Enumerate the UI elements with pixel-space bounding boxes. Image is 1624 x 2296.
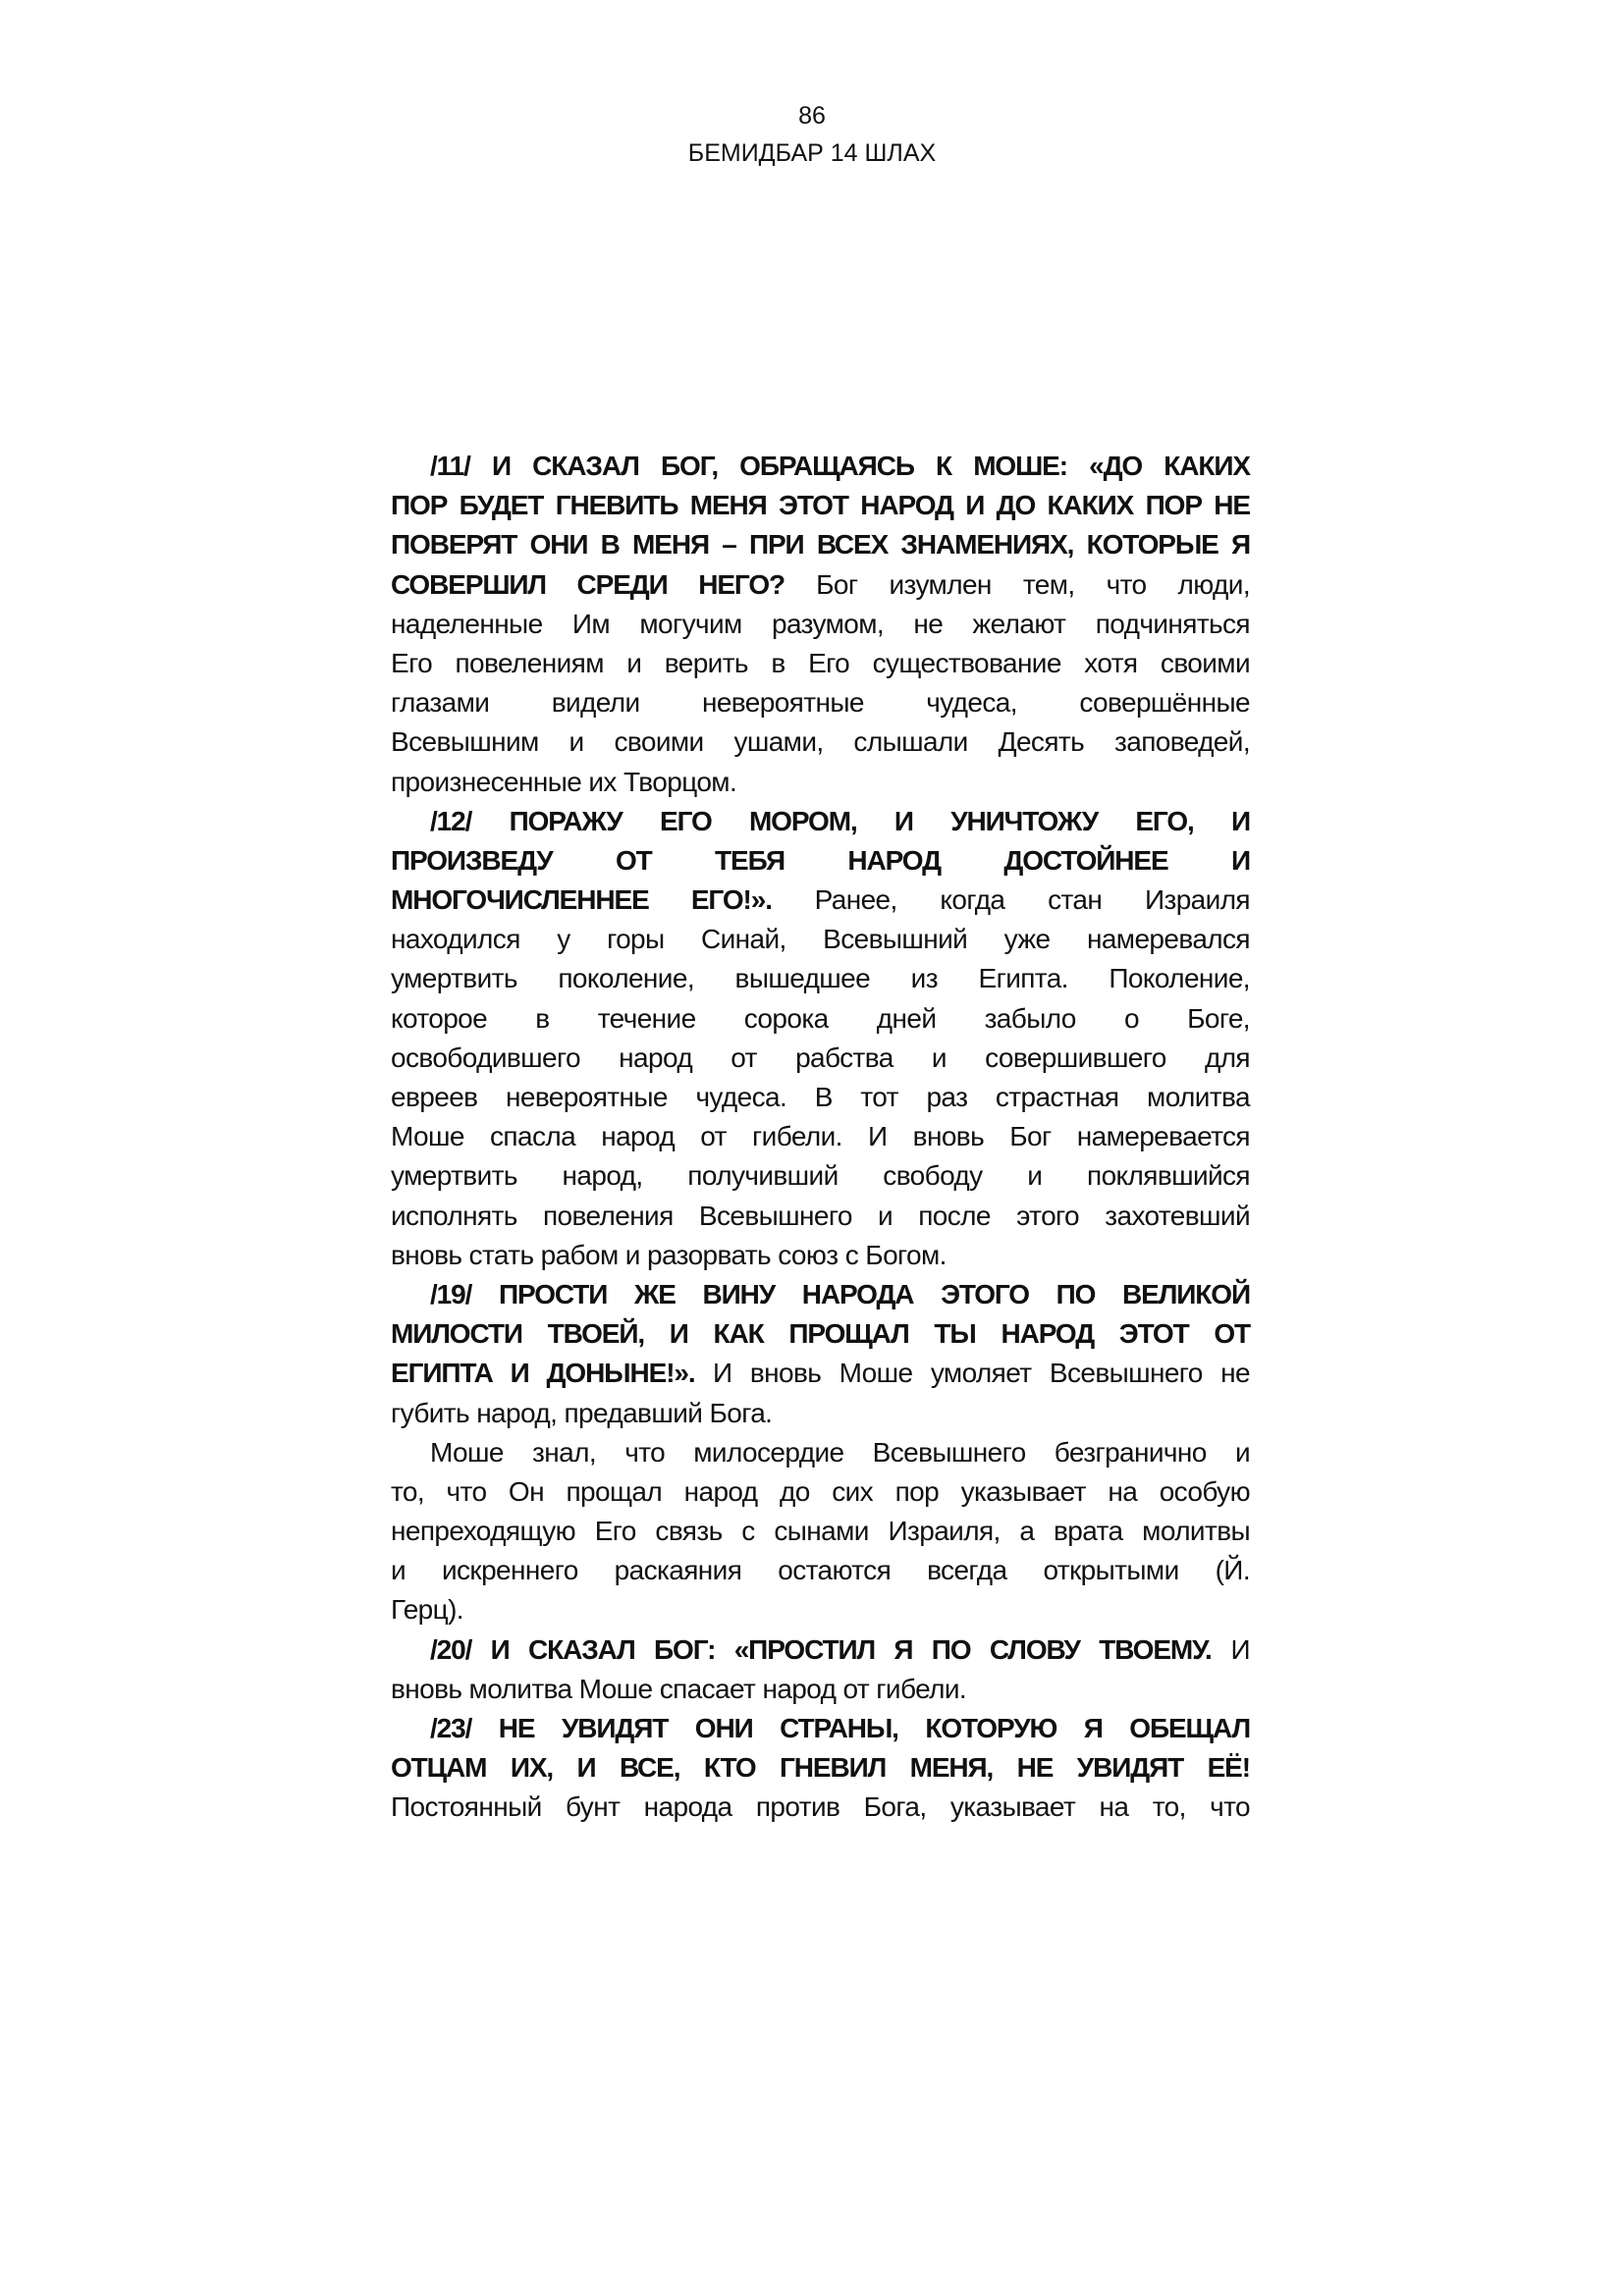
text-line: умертвить народ, получивший свободу и по… (391, 1156, 1250, 1196)
text-line: и искреннего раскаяния остаются всегда о… (391, 1551, 1250, 1590)
text-line: /11/ И СКАЗАЛ БОГ, ОБРАЩАЯСЬ К МОШЕ: «ДО… (391, 447, 1250, 486)
text-line: глазами видели невероятные чудеса, совер… (391, 683, 1250, 722)
commentary-text: и искреннего раскаяния остаются всегда о… (391, 1555, 1250, 1585)
commentary-text: умертвить народ, получивший свободу и по… (391, 1160, 1250, 1191)
body-text: /11/ И СКАЗАЛ БОГ, ОБРАЩАЯСЬ К МОШЕ: «ДО… (391, 447, 1250, 1828)
text-line: /12/ ПОРАЖУ ЕГО МОРОМ, И УНИЧТОЖУ ЕГО, И (391, 802, 1250, 841)
text-line: Герц). (391, 1590, 1250, 1629)
commentary-text: вновь стать рабом и разорвать союз с Бог… (391, 1240, 947, 1270)
text-line: Моше знал, что милосердие Всевышнего без… (391, 1433, 1250, 1472)
verse-quote: ПОВЕРЯТ ОНИ В МЕНЯ – ПРИ ВСЕХ ЗНАМЕНИЯХ,… (391, 529, 1250, 560)
text-line: /20/ И СКАЗАЛ БОГ: «ПРОСТИЛ Я ПО СЛОВУ Т… (391, 1630, 1250, 1670)
text-line: произнесенные их Творцом. (391, 763, 1250, 802)
commentary-text: Постоянный бунт народа против Бога, указ… (391, 1791, 1250, 1822)
verse-quote: ПОР БУДЕТ ГНЕВИТЬ МЕНЯ ЭТОТ НАРОД И ДО К… (391, 490, 1250, 520)
paragraph: /19/ ПРОСТИ ЖЕ ВИНУ НАРОДА ЭТОГО ПО ВЕЛИ… (391, 1275, 1250, 1433)
verse-quote: /12/ ПОРАЖУ ЕГО МОРОМ, И УНИЧТОЖУ ЕГО, И (430, 806, 1250, 836)
paragraph: /12/ ПОРАЖУ ЕГО МОРОМ, И УНИЧТОЖУ ЕГО, И… (391, 802, 1250, 1275)
verse-quote: /20/ И СКАЗАЛ БОГ: «ПРОСТИЛ Я ПО СЛОВУ Т… (430, 1634, 1212, 1665)
commentary-text: то, что Он прощал народ до сих пор указы… (391, 1476, 1250, 1507)
text-line: ОТЦАМ ИХ, И ВСЕ, КТО ГНЕВИЛ МЕНЯ, НЕ УВИ… (391, 1748, 1250, 1788)
text-line: наделенные Им могучим разумом, не желают… (391, 605, 1250, 644)
text-line: ЕГИПТА И ДОНЫНЕ!». И вновь Моше умоляет … (391, 1354, 1250, 1393)
text-line: губить народ, предавший Бога. (391, 1394, 1250, 1433)
text-line: МНОГОЧИСЛЕННЕЕ ЕГО!». Ранее, когда стан … (391, 881, 1250, 920)
commentary-text: евреев невероятные чудеса. В тот раз стр… (391, 1082, 1250, 1112)
text-line: которое в течение сорока дней забыло о Б… (391, 999, 1250, 1039)
text-line: исполнять повеления Всевышнего и после э… (391, 1197, 1250, 1236)
verse-quote: /11/ И СКАЗАЛ БОГ, ОБРАЩАЯСЬ К МОШЕ: «ДО… (430, 451, 1250, 481)
commentary-text: Его повелениям и верить в Его существова… (391, 648, 1250, 678)
commentary-text: наделенные Им могучим разумом, не желают… (391, 609, 1250, 639)
commentary-text: Моше знал, что милосердие Всевышнего без… (430, 1437, 1250, 1468)
text-line: Моше спасла народ от гибели. И вновь Бог… (391, 1117, 1250, 1156)
text-line: СОВЕРШИЛ СРЕДИ НЕГО? Бог изумлен тем, чт… (391, 565, 1250, 605)
commentary-text: находился у горы Синай, Всевышний уже на… (391, 924, 1250, 954)
verse-quote: ЕГИПТА И ДОНЫНЕ!». (391, 1358, 695, 1388)
text-line: непреходящую Его связь с сынами Израиля,… (391, 1512, 1250, 1551)
text-line: вновь стать рабом и разорвать союз с Бог… (391, 1236, 1250, 1275)
verse-quote: МИЛОСТИ ТВОЕЙ, И КАК ПРОЩАЛ ТЫ НАРОД ЭТО… (391, 1318, 1250, 1349)
running-title: БЕМИДБАР 14 ШЛАХ (0, 138, 1624, 168)
paragraph: Моше знал, что милосердие Всевышнего без… (391, 1433, 1250, 1630)
verse-quote: МНОГОЧИСЛЕННЕЕ ЕГО!». (391, 884, 772, 915)
paragraph: /23/ НЕ УВИДЯТ ОНИ СТРАНЫ, КОТОРУЮ Я ОБЕ… (391, 1709, 1250, 1828)
verse-quote: /23/ НЕ УВИДЯТ ОНИ СТРАНЫ, КОТОРУЮ Я ОБЕ… (430, 1713, 1250, 1743)
text-line: ПОВЕРЯТ ОНИ В МЕНЯ – ПРИ ВСЕХ ЗНАМЕНИЯХ,… (391, 525, 1250, 564)
commentary-text: Герц). (391, 1594, 463, 1625)
text-line: /23/ НЕ УВИДЯТ ОНИ СТРАНЫ, КОТОРУЮ Я ОБЕ… (391, 1709, 1250, 1748)
commentary-text: произнесенные их Творцом. (391, 767, 736, 797)
text-line: находился у горы Синай, Всевышний уже на… (391, 920, 1250, 959)
text-line: вновь молитва Моше спасает народ от гибе… (391, 1670, 1250, 1709)
commentary-text: которое в течение сорока дней забыло о Б… (391, 1003, 1250, 1034)
commentary-text: Всевышним и своими ушами, слышали Десять… (391, 726, 1250, 757)
commentary-text: вновь молитва Моше спасает народ от гибе… (391, 1674, 966, 1704)
text-line: ПРОИЗВЕДУ ОТ ТЕБЯ НАРОД ДОСТОЙНЕЕ И (391, 841, 1250, 881)
text-line: МИЛОСТИ ТВОЕЙ, И КАК ПРОЩАЛ ТЫ НАРОД ЭТО… (391, 1314, 1250, 1354)
commentary-text: И (1212, 1634, 1250, 1665)
commentary-text: освободившего народ от рабства и соверши… (391, 1042, 1250, 1073)
text-line: ПОР БУДЕТ ГНЕВИТЬ МЕНЯ ЭТОТ НАРОД И ДО К… (391, 486, 1250, 525)
commentary-text: И вновь Моше умоляет Всевышнего не (695, 1358, 1250, 1388)
verse-quote: ОТЦАМ ИХ, И ВСЕ, КТО ГНЕВИЛ МЕНЯ, НЕ УВИ… (391, 1752, 1250, 1783)
commentary-text: Бог изумлен тем, что люди, (785, 569, 1250, 600)
commentary-text: исполнять повеления Всевышнего и после э… (391, 1201, 1250, 1231)
paragraph: /11/ И СКАЗАЛ БОГ, ОБРАЩАЯСЬ К МОШЕ: «ДО… (391, 447, 1250, 802)
verse-quote: ПРОИЗВЕДУ ОТ ТЕБЯ НАРОД ДОСТОЙНЕЕ И (391, 845, 1250, 876)
text-line: Всевышним и своими ушами, слышали Десять… (391, 722, 1250, 762)
text-line: умертвить поколение, вышедшее из Египта.… (391, 959, 1250, 998)
verse-quote: /19/ ПРОСТИ ЖЕ ВИНУ НАРОДА ЭТОГО ПО ВЕЛИ… (430, 1279, 1250, 1309)
text-line: то, что Он прощал народ до сих пор указы… (391, 1472, 1250, 1512)
commentary-text: непреходящую Его связь с сынами Израиля,… (391, 1516, 1250, 1546)
commentary-text: Моше спасла народ от гибели. И вновь Бог… (391, 1121, 1250, 1151)
verse-quote: СОВЕРШИЛ СРЕДИ НЕГО? (391, 569, 785, 600)
text-line: /19/ ПРОСТИ ЖЕ ВИНУ НАРОДА ЭТОГО ПО ВЕЛИ… (391, 1275, 1250, 1314)
text-line: освободившего народ от рабства и соверши… (391, 1039, 1250, 1078)
commentary-text: глазами видели невероятные чудеса, совер… (391, 687, 1250, 718)
text-line: Постоянный бунт народа против Бога, указ… (391, 1788, 1250, 1827)
page-number: 86 (0, 101, 1624, 131)
paragraph: /20/ И СКАЗАЛ БОГ: «ПРОСТИЛ Я ПО СЛОВУ Т… (391, 1630, 1250, 1709)
commentary-text: губить народ, предавший Бога. (391, 1398, 772, 1428)
text-line: Его повелениям и верить в Его существова… (391, 644, 1250, 683)
commentary-text: Ранее, когда стан Израиля (772, 884, 1250, 915)
text-line: евреев невероятные чудеса. В тот раз стр… (391, 1078, 1250, 1117)
commentary-text: умертвить поколение, вышедшее из Египта.… (391, 963, 1250, 993)
